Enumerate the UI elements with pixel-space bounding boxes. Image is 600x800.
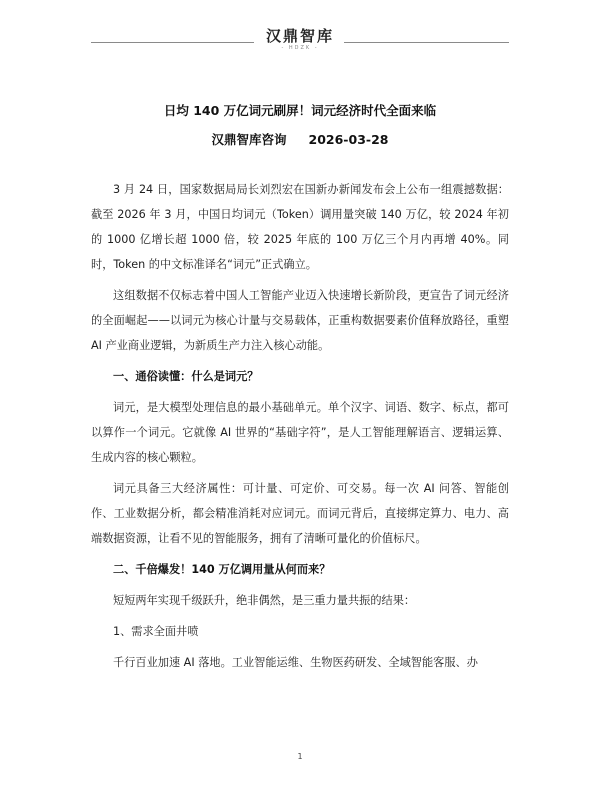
section-heading: 一、通俗读懂：什么是词元？ — [91, 364, 509, 389]
paragraph: 词元具备三大经济属性：可计量、可定价、可交易。每一次 AI 问答、智能创作、工业… — [91, 476, 509, 551]
paragraph: 词元，是大模型处理信息的最小基础单元。单个汉字、词语、数字、标点，都可以算作一个… — [91, 395, 509, 470]
subheading: 1、需求全面井喷 — [91, 619, 509, 644]
document-header: 汉鼎智库 - HDZK - — [91, 28, 509, 54]
paragraph: 这组数据不仅标志着中国人工智能产业迈入快速增长新阶段，更宣告了词元经济的全面崛起… — [91, 283, 509, 358]
byline: 汉鼎智库咨询2026-03-28 — [0, 130, 600, 148]
article-body: 3 月 24 日，国家数据局局长刘烈宏在国新办新闻发布会上公布一组震撼数据：截至… — [91, 177, 509, 675]
logo-text: 汉鼎智库 — [257, 28, 343, 44]
logo-subtitle: - HDZK - — [257, 45, 343, 52]
paragraph: 短短两年实现千级跃升，绝非偶然，是三重力量共振的结果： — [91, 588, 509, 613]
paragraph: 3 月 24 日，国家数据局局长刘烈宏在国新办新闻发布会上公布一组震撼数据：截至… — [91, 177, 509, 277]
paragraph: 千行百业加速 AI 落地。工业智能运维、生物医药研发、全域智能客服、办 — [91, 650, 509, 675]
logo: 汉鼎智库 - HDZK - — [257, 28, 343, 52]
article-title: 日均 140 万亿词元刷屏！词元经济时代全面来临 — [0, 101, 600, 119]
publish-date: 2026-03-28 — [309, 132, 389, 147]
header-rule-right — [344, 42, 509, 43]
page-number: 1 — [0, 752, 600, 761]
header-rule-left — [91, 42, 254, 43]
section-heading: 二、千倍爆发！140 万亿调用量从何而来？ — [91, 557, 509, 582]
author: 汉鼎智库咨询 — [212, 132, 287, 147]
